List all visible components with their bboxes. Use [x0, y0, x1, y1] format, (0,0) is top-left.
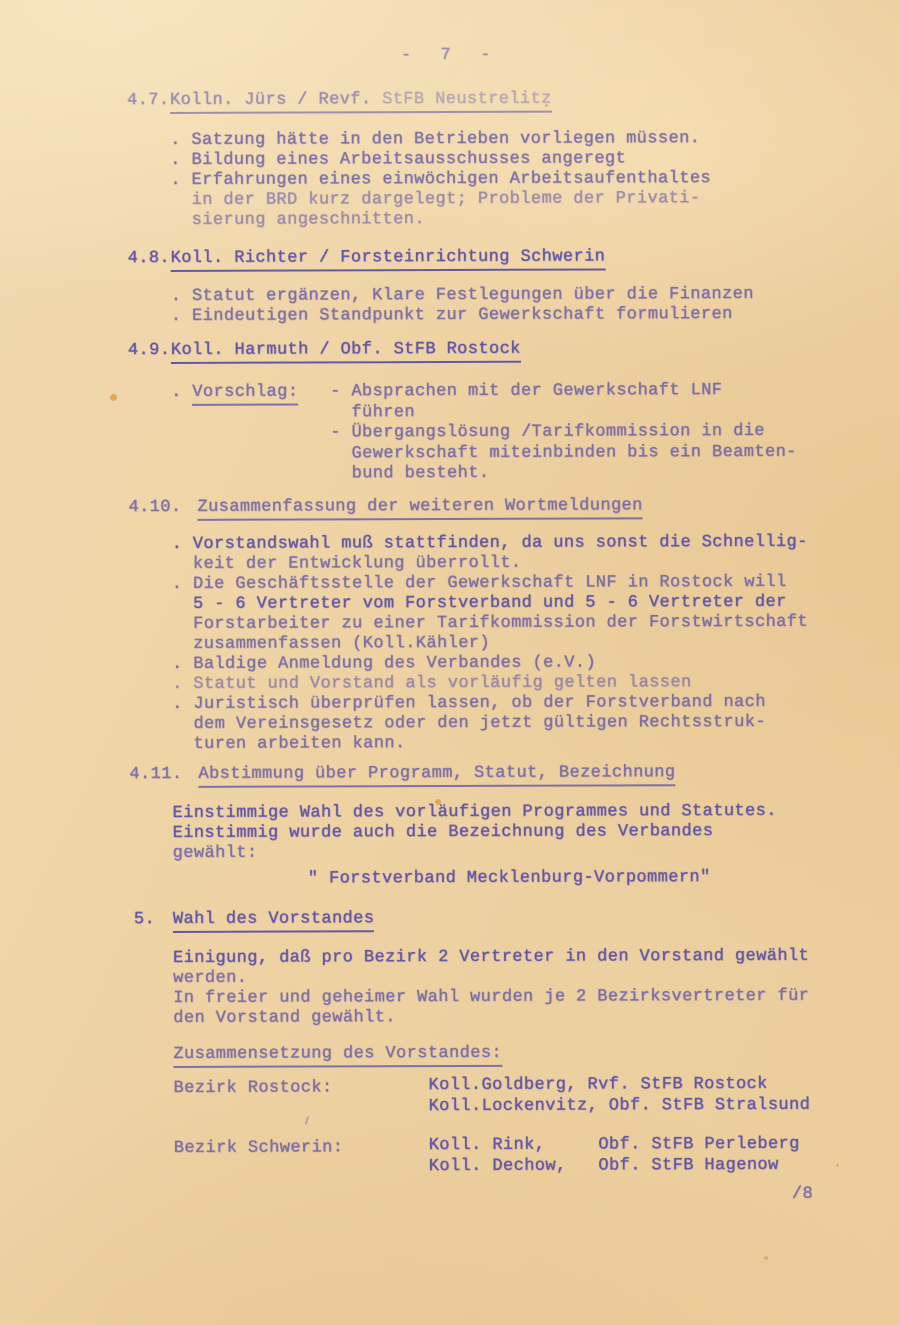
- proposal-line: Gewerkschaft miteinbinden bis ein Beamte…: [171, 442, 797, 463]
- section-title-text: StFB Neustrelitz: [382, 90, 552, 110]
- section-number: 4.8.: [128, 249, 170, 268]
- paper-speck: [836, 1164, 839, 1167]
- section-title-underline: Koll. Richter / Forsteinrichtung Schweri…: [171, 247, 606, 272]
- proposal-line: - Übergangslösung /Tarifkommission in di…: [171, 422, 765, 443]
- section-title-underline: Wahl des Vorstandes: [173, 909, 375, 933]
- paragraph-line: gewählt:: [173, 844, 258, 863]
- section-title-underline: Zusammenfassung der weiteren Wortmeldung…: [197, 496, 642, 521]
- bullet-line: . Statut und Vorstand als vorläufig gelt…: [172, 673, 692, 694]
- bullet-line: . Juristisch überprüfen lassen, ob der F…: [172, 693, 766, 714]
- bullet-line: keit der Entwicklung überrollt.: [172, 554, 522, 574]
- paper-speck: [435, 799, 441, 805]
- page-footer: /8: [792, 1185, 813, 1204]
- bullet-line: dem Vereinsgesetz oder den jetzt gültige…: [172, 713, 766, 734]
- bullet-line: . Erfahrungen eines einwöchigen Arbeitsa…: [170, 169, 711, 190]
- paper-speck: [110, 394, 117, 401]
- bullet-line: 5 - 6 Vertreter vom Forstverband und 5 -…: [172, 593, 787, 614]
- section-title: Abstimmung über Programm, Statut, Bezeic…: [198, 763, 675, 784]
- bullet-line: . Baldige Anmeldung des Verbandes (e.V.): [172, 653, 596, 673]
- bullet-line: zusammenfassen (Koll.Kähler): [172, 634, 490, 654]
- section-title-text: Kolln. Jürs / Revf.: [170, 90, 382, 110]
- paper-speck: [545, 104, 548, 107]
- table-row-label: Bezirk Rostock:: [173, 1078, 332, 1098]
- bullet-line: . Statut ergänzen, Klare Festlegungen üb…: [171, 285, 754, 306]
- section-number: 4.9.: [128, 341, 170, 360]
- sub-heading-underline: Zusammensetzung des Vorstandes:: [173, 1044, 502, 1068]
- section-number: 5.: [134, 910, 155, 929]
- proposal-line: . Vorschlag: - Absprachen mit der Gewerk…: [171, 381, 722, 402]
- paper-speck: [764, 1256, 768, 1260]
- section-title-text: Koll. Harmuth / Obf. StFB Rostock: [171, 340, 521, 360]
- table-row-line: Koll. Rink, Obf. StFB Perleberg: [429, 1135, 800, 1155]
- section-number: 4.10.: [128, 498, 181, 517]
- section-title-underline: Kolln. Jürs / Revf. StFB Neustrelitz: [170, 90, 552, 114]
- bullet-line: . Satzung hätte in den Betrieben vorlieg…: [170, 129, 700, 150]
- section-title: Kolln. Jürs / Revf. StFB Neustrelitz: [170, 90, 552, 110]
- section-title-underline: Koll. Harmuth / Obf. StFB Rostock: [171, 340, 521, 364]
- section-title-underline: Abstimmung über Programm, Statut, Bezeic…: [198, 763, 675, 788]
- page-number: - 7 -: [401, 46, 493, 65]
- section-title-text: Koll. Richter / Forsteinrichtung Schweri…: [171, 247, 606, 268]
- bullet-line: Forstarbeiter zu einer Tarifkommission d…: [172, 613, 808, 634]
- bullet-line: sierung angeschnitten.: [170, 210, 425, 230]
- bullet-line: . Die Geschäftsstelle der Gewerkschaft L…: [172, 573, 787, 594]
- paragraph-line: werden.: [173, 969, 247, 988]
- table-row-line: Koll.Lockenvitz, Obf. StFB Stralsund: [429, 1095, 811, 1115]
- section-title: Zusammenfassung der weiteren Wortmeldung…: [197, 496, 642, 517]
- table-row-label: Bezirk Schwerin:: [174, 1138, 344, 1158]
- scanned-document-page: - 7 - 4.7.Kolln. Jürs / Revf. StFB Neust…: [0, 0, 900, 1325]
- bullet-line: . Eindeutigen Standpunkt zur Gewerkschaf…: [171, 305, 733, 326]
- proposal-line: bund besteht.: [171, 464, 489, 484]
- paragraph-line: Einigung, daß pro Bezirk 2 Vertreter in …: [173, 947, 809, 968]
- bullet-line: turen arbeiten kann.: [172, 734, 405, 754]
- paragraph-line: den Vorstand gewählt.: [173, 1008, 396, 1028]
- section-title: Koll. Richter / Forsteinrichtung Schweri…: [171, 247, 606, 268]
- section-title-text: Zusammenfassung der weiteren Wortmeldung…: [197, 496, 642, 517]
- quote-line: " Forstverband Mecklenburg-Vorpommern": [308, 868, 711, 888]
- proposal-line: führen: [171, 403, 415, 423]
- section-title-text: Abstimmung über Programm, Statut, Bezeic…: [198, 763, 675, 784]
- table-row-line: Koll.Goldberg, Rvf. StFB Rostock: [428, 1075, 767, 1095]
- bullet-line: in der BRD kurz dargelegt; Probleme der …: [170, 189, 700, 210]
- sub-heading: Zusammensetzung des Vorstandes:: [173, 1044, 502, 1064]
- bullet-line: . Bildung eines Arbeitsausschusses anger…: [170, 149, 626, 170]
- section-title-text: Wahl des Vorstandes: [173, 909, 375, 929]
- paragraph-line: Einstimmig wurde auch die Bezeichnung de…: [173, 822, 714, 843]
- sections-container: 4.7.Kolln. Jürs / Revf. StFB Neustrelitz…: [0, 0, 898, 2]
- section-number: 4.11.: [129, 765, 182, 784]
- paragraph-line: Einstimmige Wahl des vorläufigen Program…: [173, 802, 777, 823]
- bullet-line: . Vorstandswahl muß stattfinden, da uns …: [172, 533, 808, 554]
- table-row-line: Koll. Dechow, Obf. StFB Hagenow: [429, 1155, 779, 1175]
- document-content: - 7 - 4.7.Kolln. Jürs / Revf. StFB Neust…: [0, 0, 900, 1325]
- section-title: Wahl des Vorstandes: [173, 909, 375, 929]
- section-number: 4.7.: [127, 91, 169, 110]
- paragraph-line: In freier und geheimer Wahl wurden je 2 …: [173, 987, 809, 1008]
- section-title: Koll. Harmuth / Obf. StFB Rostock: [171, 340, 521, 360]
